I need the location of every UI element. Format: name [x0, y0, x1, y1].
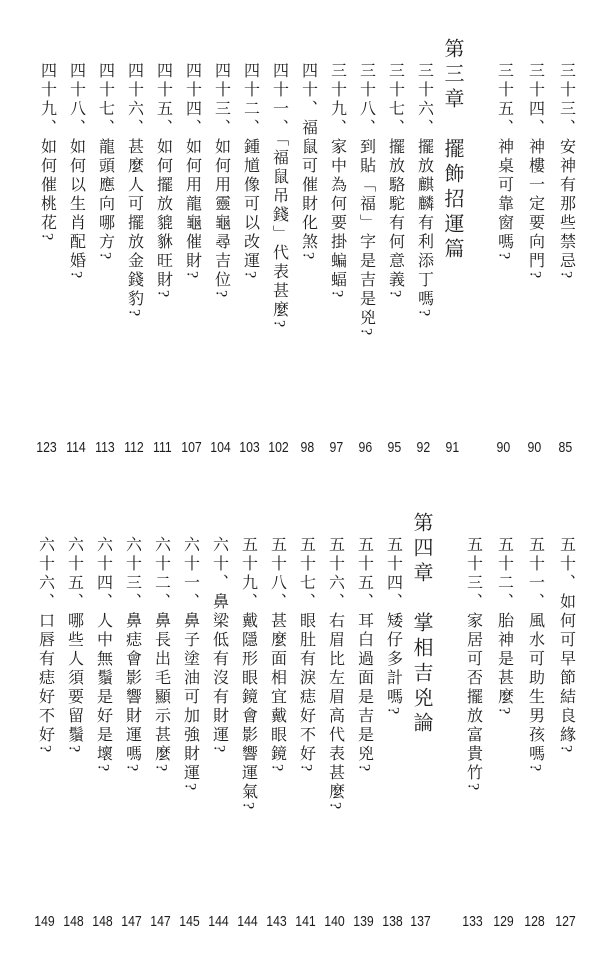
toc-entry-page-number: 97 — [330, 438, 344, 458]
toc-entry-text: 六十二、鼻長出毛顯示甚麼? — [153, 512, 169, 912]
toc-entry-page-number: 140 — [324, 912, 345, 932]
toc-entry-column: 四十、福鼠可催財化煞? 98 — [293, 38, 322, 458]
toc-entry-page-number: 95 — [388, 438, 402, 458]
toc-entry-column: 五十二、胎神是甚麼? 129 — [488, 512, 519, 932]
toc-entry-column: 三十四、神樓一定要向門? 90 — [519, 38, 550, 458]
toc-entry-page-number: 148 — [92, 912, 113, 932]
toc-entry-column: 六十四、人中無鬚是好是壞? 148 — [88, 512, 117, 932]
chapter-4-section: 五十、如何可早節結良緣? 127 五十一、風水可助生男孩嗎? 128 五十二、胎… — [30, 512, 611, 932]
toc-entry-text: 五十八、甚麼面相宜戴眼鏡? — [269, 512, 285, 912]
chapter-title: 第四章 掌相吉兇論 — [411, 512, 431, 912]
toc-entry-text: 三十九、家中為何要掛蝙蝠? — [329, 38, 345, 438]
chapter-title-page-number: 137 — [411, 912, 432, 932]
toc-entry-text: 六十、鼻梁低有沒有財運? — [211, 512, 227, 912]
toc-entry-page-number: 90 — [528, 438, 542, 458]
chapter-title: 第三章 擺飾招運篇 — [442, 38, 462, 438]
toc-entry-text: 五十三、家居可否擺放富貴竹? — [465, 512, 481, 912]
toc-entry-column: 三十五、神桌可靠窗嗎? 90 — [488, 38, 519, 458]
toc-entry-column: 五十、如何可早節結良緣? 127 — [550, 512, 581, 932]
toc-entry-text: 五十一、風水可助生男孩嗎? — [527, 512, 543, 912]
toc-entry-page-number: 113 — [95, 438, 115, 458]
toc-entry-text: 五十五、耳白過面是吉是兇? — [356, 512, 372, 912]
toc-entry-page-number: 114 — [66, 438, 86, 458]
toc-entry-column: 五十五、耳白過面是吉是兇? 139 — [349, 512, 378, 932]
toc-entry-text: 三十六、擺放麒麟有利添丁嗎? — [416, 38, 432, 438]
toc-entry-text: 四十、福鼠可催財化煞? — [300, 38, 316, 438]
toc-entry-column: 六十二、鼻長出毛顯示甚麼? 147 — [146, 512, 175, 932]
toc-entry-page-number: 133 — [462, 912, 483, 932]
toc-entry-text: 五十六、右眉比左眉高代表甚麼? — [327, 512, 343, 912]
toc-entry-text: 四十一、「福鼠吊錢」代表甚麼? — [271, 38, 287, 438]
toc-entry-column: 四十一、「福鼠吊錢」代表甚麼? 102 — [264, 38, 293, 458]
toc-entry-text: 五十二、胎神是甚麼? — [496, 512, 512, 912]
toc-entry-page-number: 104 — [210, 438, 231, 458]
toc-entry-text: 三十七、擺放駱駝有何意義? — [387, 38, 403, 438]
chapter-3-title-column: 第三章 擺飾招運篇 91 — [438, 38, 466, 458]
toc-entry-page-number: 112 — [124, 438, 144, 458]
book-toc-page: 三十三、安神有那些禁忌? 85 三十四、神樓一定要向門? 90 三十五、神桌可靠… — [0, 0, 611, 967]
toc-entry-column: 五十三、家居可否擺放富貴竹? 133 — [457, 512, 488, 932]
toc-entry-text: 三十八、到貼「福」字是吉是兇? — [358, 38, 374, 438]
toc-entry-column: 五十六、右眉比左眉高代表甚麼? 140 — [320, 512, 349, 932]
toc-entry-column: 四十四、如何用龍龜催財? 107 — [177, 38, 206, 458]
toc-entry-text: 四十八、如何以生肖配婚? — [68, 38, 84, 438]
toc-entry-page-number: 144 — [208, 912, 229, 932]
toc-entry-column: 四十三、如何用靈龜尋吉位? 104 — [206, 38, 235, 458]
toc-entry-page-number: 127 — [555, 912, 576, 932]
toc-entry-page-number: 147 — [121, 912, 142, 932]
toc-entry-column: 三十三、安神有那些禁忌? 85 — [550, 38, 581, 458]
toc-entry-column: 六十、鼻梁低有沒有財運? 144 — [204, 512, 233, 932]
toc-entry-page-number: 148 — [63, 912, 84, 932]
toc-entry-page-number: 90 — [497, 438, 511, 458]
chapter-4-title-column: 第四章 掌相吉兇論 137 — [407, 512, 435, 932]
toc-entry-page-number: 145 — [179, 912, 200, 932]
toc-entry-text: 六十六、口唇有痣好不好? — [37, 512, 53, 912]
toc-entry-text: 六十三、鼻痣會影響財運嗎? — [124, 512, 140, 912]
chapter-3-section: 三十三、安神有那些禁忌? 85 三十四、神樓一定要向門? 90 三十五、神桌可靠… — [32, 38, 611, 458]
toc-entry-column: 五十四、矮仔多計嗎? 138 — [378, 512, 407, 932]
toc-entry-column: 三十九、家中為何要掛蝙蝠? 97 — [322, 38, 351, 458]
toc-entry-text: 五十七、眼肚有淚痣好不好? — [298, 512, 314, 912]
toc-entry-page-number: 129 — [493, 912, 514, 932]
toc-entry-column: 三十六、擺放麒麟有利添丁嗎? 92 — [409, 38, 438, 458]
toc-entry-column: 五十八、甚麼面相宜戴眼鏡? 143 — [262, 512, 291, 932]
toc-entry-column: 三十七、擺放駱駝有何意義? 95 — [380, 38, 409, 458]
toc-entry-page-number: 85 — [559, 438, 573, 458]
toc-entry-text: 六十四、人中無鬚是好是壞? — [95, 512, 111, 912]
toc-entry-page-number: 147 — [150, 912, 171, 932]
toc-entry-text: 三十五、神桌可靠窗嗎? — [496, 38, 512, 438]
toc-entry-column: 四十七、龍頭應向哪方? 113 — [90, 38, 119, 458]
toc-entry-text: 四十二、鍾馗像可以改運? — [242, 38, 258, 438]
toc-entry-column: 六十一、鼻子塗油可加強財運? 145 — [175, 512, 204, 932]
toc-entry-page-number: 96 — [359, 438, 373, 458]
toc-entry-text: 三十三、安神有那些禁忌? — [558, 38, 574, 438]
toc-entry-text: 五十九、戴隱形眼鏡會影響運氣? — [240, 512, 256, 912]
toc-entry-page-number: 103 — [239, 438, 260, 458]
toc-entry-column: 六十六、口唇有痣好不好? 149 — [30, 512, 59, 932]
toc-entry-column: 五十七、眼肚有淚痣好不好? 141 — [291, 512, 320, 932]
toc-entry-text: 四十七、龍頭應向哪方? — [97, 38, 113, 438]
toc-entry-column: 四十八、如何以生肖配婚? 114 — [61, 38, 90, 458]
toc-entry-text: 六十一、鼻子塗油可加強財運? — [182, 512, 198, 912]
toc-entry-page-number: 128 — [524, 912, 545, 932]
toc-entry-page-number: 141 — [295, 912, 316, 932]
toc-entry-page-number: 98 — [301, 438, 315, 458]
toc-entry-text: 四十五、如何擺放貔貅旺財? — [155, 38, 171, 438]
toc-entry-column: 五十九、戴隱形眼鏡會影響運氣? 144 — [233, 512, 262, 932]
toc-entry-text: 四十四、如何用龍龜催財? — [184, 38, 200, 438]
toc-entry-page-number: 138 — [382, 912, 403, 932]
toc-entry-page-number: 149 — [34, 912, 55, 932]
toc-entry-text: 五十四、矮仔多計嗎? — [385, 512, 401, 912]
toc-entry-column: 六十三、鼻痣會影響財運嗎? 147 — [117, 512, 146, 932]
toc-entry-column: 四十二、鍾馗像可以改運? 103 — [235, 38, 264, 458]
toc-entry-text: 五十、如何可早節結良緣? — [558, 512, 574, 912]
toc-entry-text: 六十五、哪些人須要留鬚? — [66, 512, 82, 912]
chapter-title-page-number: 91 — [445, 438, 459, 458]
toc-entry-column: 六十五、哪些人須要留鬚? 148 — [59, 512, 88, 932]
toc-entry-page-number: 144 — [237, 912, 258, 932]
toc-entry-column: 四十九、如何催桃花? 123 — [32, 38, 61, 458]
toc-entry-column: 三十八、到貼「福」字是吉是兇? 96 — [351, 38, 380, 458]
toc-entry-page-number: 107 — [181, 438, 202, 458]
toc-entry-page-number: 92 — [417, 438, 431, 458]
toc-entry-page-number: 139 — [353, 912, 374, 932]
toc-entry-page-number: 123 — [36, 438, 57, 458]
toc-entry-column: 四十六、甚麼人可擺放金錢豹? 112 — [119, 38, 148, 458]
toc-entry-text: 四十六、甚麼人可擺放金錢豹? — [126, 38, 142, 438]
toc-entry-page-number: 143 — [266, 912, 287, 932]
toc-entry-column: 四十五、如何擺放貔貅旺財? 111 — [148, 38, 177, 458]
toc-entry-text: 四十九、如何催桃花? — [39, 38, 55, 438]
toc-entry-text: 三十四、神樓一定要向門? — [527, 38, 543, 438]
toc-entry-text: 四十三、如何用靈龜尋吉位? — [213, 38, 229, 438]
toc-entry-column: 五十一、風水可助生男孩嗎? 128 — [519, 512, 550, 932]
toc-entry-page-number: 102 — [268, 438, 289, 458]
toc-entry-page-number: 111 — [153, 438, 172, 458]
